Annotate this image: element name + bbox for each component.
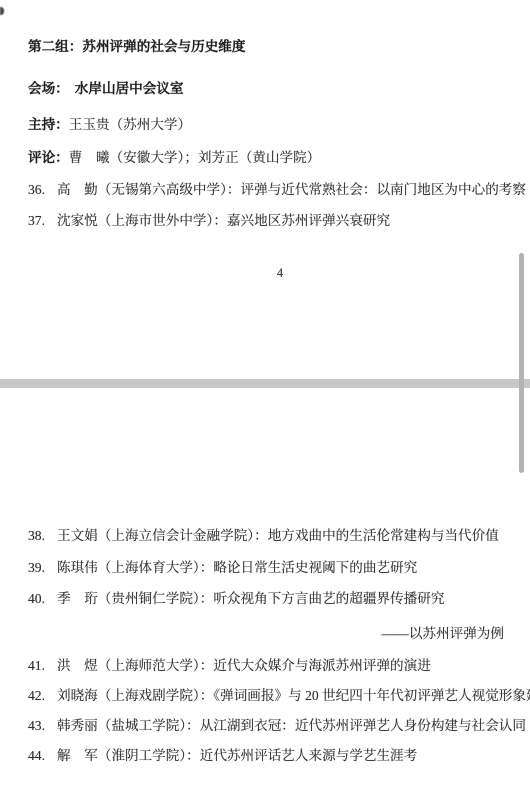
- entry-number: 39.: [28, 558, 57, 578]
- entry-text: 韩秀丽（盐城工学院）：从江湖到衣冠：近代苏州评弹艺人身份构建与社会认同: [57, 718, 526, 733]
- session-title: 第二组：苏州评弹的社会与历史维度: [28, 37, 246, 57]
- entry-number: 43.: [28, 716, 57, 736]
- chair-value: 王玉贵（苏州大学）: [69, 117, 191, 132]
- entry-number: 36.: [28, 180, 57, 200]
- venue-value: 水岸山居中会议室: [75, 81, 184, 96]
- program-entry: 37.沈家悦（上海市世外中学）：嘉兴地区苏州评弹兴衰研究: [28, 211, 390, 231]
- chair-line: 主持：王玉贵（苏州大学）: [28, 115, 191, 135]
- scan-artifact: [0, 7, 4, 15]
- page-separator: [0, 379, 530, 388]
- discussants-value: 曹 曦（安徽大学）；刘芳正（黄山学院）: [69, 150, 320, 165]
- entry-text: 季 珩（贵州铜仁学院）：听众视角下方言曲艺的超疆界传播研究: [57, 591, 444, 606]
- program-entry: 44.解 军（淮阴工学院）：近代苏州评话艺人来源与学艺生涯考: [28, 746, 417, 766]
- discussants-label: 评论：: [28, 150, 69, 165]
- entry-number: 40.: [28, 589, 57, 609]
- program-entry: 38.王文娟（上海立信会计金融学院）：地方戏曲中的生活伦常建构与当代价值: [28, 526, 499, 546]
- entry-number: 37.: [28, 211, 57, 231]
- entry-text: 洪 煜（上海师范大学）：近代大众媒介与海派苏州评弹的演进: [57, 658, 431, 673]
- page-number: 4: [0, 266, 530, 281]
- discussants-line: 评论：曹 曦（安徽大学）；刘芳正（黄山学院）: [28, 148, 320, 168]
- venue-label: 会场：: [28, 81, 69, 96]
- entry-number: 41.: [28, 656, 57, 676]
- program-entry: 36.高 勤（无锡第六高级中学）：评弹与近代常熟社会：以南门地区为中心的考察: [28, 180, 526, 200]
- entry-text: 王文娟（上海立信会计金融学院）：地方戏曲中的生活伦常建构与当代价值: [57, 528, 499, 543]
- scrollbar-thumb[interactable]: [519, 253, 524, 473]
- document-viewport: 第二组：苏州评弹的社会与历史维度 会场：水岸山居中会议室 主持：王玉贵（苏州大学…: [0, 0, 530, 803]
- entry-number: 42.: [28, 686, 57, 706]
- entry-text: 沈家悦（上海市世外中学）：嘉兴地区苏州评弹兴衰研究: [57, 213, 390, 228]
- entry-text: 陈琪伟（上海体育大学）：略论日常生活史视阈下的曲艺研究: [57, 560, 417, 575]
- program-entry: 42.刘晓海（上海戏剧学院）：《弹词画报》与 20 世纪四十年代初评弹艺人视觉形…: [28, 686, 530, 706]
- chair-label: 主持：: [28, 117, 69, 132]
- entry-text: 解 军（淮阴工学院）：近代苏州评话艺人来源与学艺生涯考: [57, 748, 417, 763]
- program-entry: 39.陈琪伟（上海体育大学）：略论日常生活史视阈下的曲艺研究: [28, 558, 417, 578]
- entry-text: 刘晓海（上海戏剧学院）：《弹词画报》与 20 世纪四十年代初评弹艺人视觉形象建构: [57, 688, 530, 703]
- entry-title-continuation: ——以苏州评弹为例: [382, 624, 504, 644]
- program-entry: 43.韩秀丽（盐城工学院）：从江湖到衣冠：近代苏州评弹艺人身份构建与社会认同: [28, 716, 526, 736]
- entry-number: 44.: [28, 746, 57, 766]
- program-entry: 41.洪 煜（上海师范大学）：近代大众媒介与海派苏州评弹的演进: [28, 656, 431, 676]
- entry-text: 高 勤（无锡第六高级中学）：评弹与近代常熟社会：以南门地区为中心的考察: [57, 182, 526, 197]
- program-entry: 40.季 珩（贵州铜仁学院）：听众视角下方言曲艺的超疆界传播研究: [28, 589, 444, 609]
- entry-number: 38.: [28, 526, 57, 546]
- venue-line: 会场：水岸山居中会议室: [28, 79, 184, 99]
